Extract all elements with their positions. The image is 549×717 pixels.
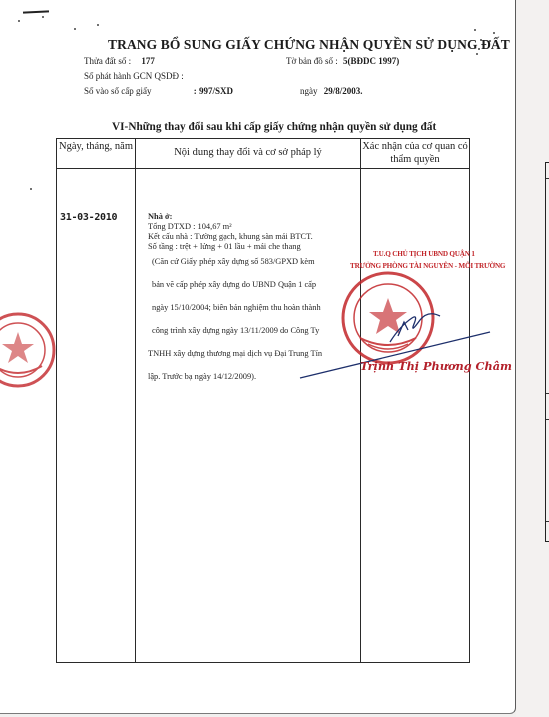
content-line: Số tầng : trệt + lửng + 01 lầu + mái che… <box>148 242 301 251</box>
issue-number: Số phát hành GCN QSDĐ : <box>84 71 184 81</box>
column-divider <box>360 139 361 662</box>
section-title: VI-Những thay đổi sau khi cấp giấy chứng… <box>112 121 492 133</box>
content-line: công trình xây dựng ngày 13/11/2009 do C… <box>152 326 319 335</box>
content-line: TNHH xây dựng thương mại dịch vụ Đại Tru… <box>148 349 322 358</box>
signer-name: Trịnh Thị Phương Châm <box>360 359 512 373</box>
authority-line-2: TRƯỞNG PHÒNG TÀI NGUYÊN - MÔI TRƯỜNG <box>350 262 505 270</box>
parcel-label: Thửa đất số : <box>84 56 131 66</box>
map-sheet-label: Tờ bản đồ số : <box>286 56 338 66</box>
scan-speck <box>74 28 76 30</box>
scan-speck <box>97 24 99 26</box>
map-sheet-value: 5(BĐDC 1997) <box>343 56 399 66</box>
content-line: bản vẽ cấp phép xây dựng do UBND Quận 1 … <box>152 280 316 289</box>
left-seal-icon <box>0 314 54 386</box>
map-sheet: Tờ bản đồ số : 5(BĐDC 1997) <box>286 56 399 66</box>
registry-label: Số vào sổ cấp giấy <box>84 86 152 96</box>
scan-speck <box>18 20 20 22</box>
document-title: TRANG BỔ SUNG GIẤY CHỨNG NHẬN QUYỀN SỬ D… <box>108 37 468 53</box>
adjacent-page <box>516 0 549 717</box>
parcel-value: 177 <box>141 56 155 66</box>
scan-speck <box>476 53 478 55</box>
registry-date-label: ngày <box>300 86 318 96</box>
authority-line-1: T.U.Q CHỦ TỊCH UBND QUẬN 1 <box>373 250 475 258</box>
header-certification: Xác nhận của cơ quan có thẩm quyền <box>361 141 469 166</box>
registry-date: ngày 29/8/2003. <box>300 86 363 96</box>
header-date: Ngày, tháng, năm <box>57 141 135 154</box>
header-divider <box>57 168 469 169</box>
scan-speck <box>42 16 44 18</box>
content-line: Tổng DTXD : 104,67 m² <box>148 222 232 231</box>
document-page: TRANG BỔ SUNG GIẤY CHỨNG NHẬN QUYỀN SỬ D… <box>0 0 516 714</box>
content-line: Kết cấu nhà : Tường gạch, khung sàn mái … <box>148 232 313 241</box>
content-line: lập. Trước bạ ngày 14/12/2009). <box>148 372 256 381</box>
registry-number: Số vào sổ cấp giấy : 997/SXD <box>84 86 233 96</box>
scan-speck <box>493 32 495 34</box>
issue-label: Số phát hành GCN QSDĐ : <box>84 71 184 81</box>
adjacent-page-table <box>545 162 549 542</box>
registry-date-value: 29/8/2003. <box>324 86 363 96</box>
content-line: (Căn cứ Giấy phép xây dựng số 583/GPXD k… <box>152 257 315 266</box>
change-date: 31-03-2010 <box>60 212 117 223</box>
parcel-number: Thửa đất số : 177 <box>84 56 155 66</box>
scan-speck <box>474 29 476 31</box>
scan-speck <box>30 188 32 190</box>
content-line: Nhà ở: <box>148 212 172 221</box>
registry-value: : 997/SXD <box>194 86 233 96</box>
header-content: Nội dung thay đổi và cơ sở pháp lý <box>136 147 360 160</box>
changes-table: Ngày, tháng, năm Nội dung thay đổi và cơ… <box>56 138 470 663</box>
scan-mark <box>23 10 49 13</box>
column-divider <box>135 139 136 662</box>
content-line: ngày 15/10/2004; biên bản nghiệm thu hoà… <box>152 303 321 312</box>
